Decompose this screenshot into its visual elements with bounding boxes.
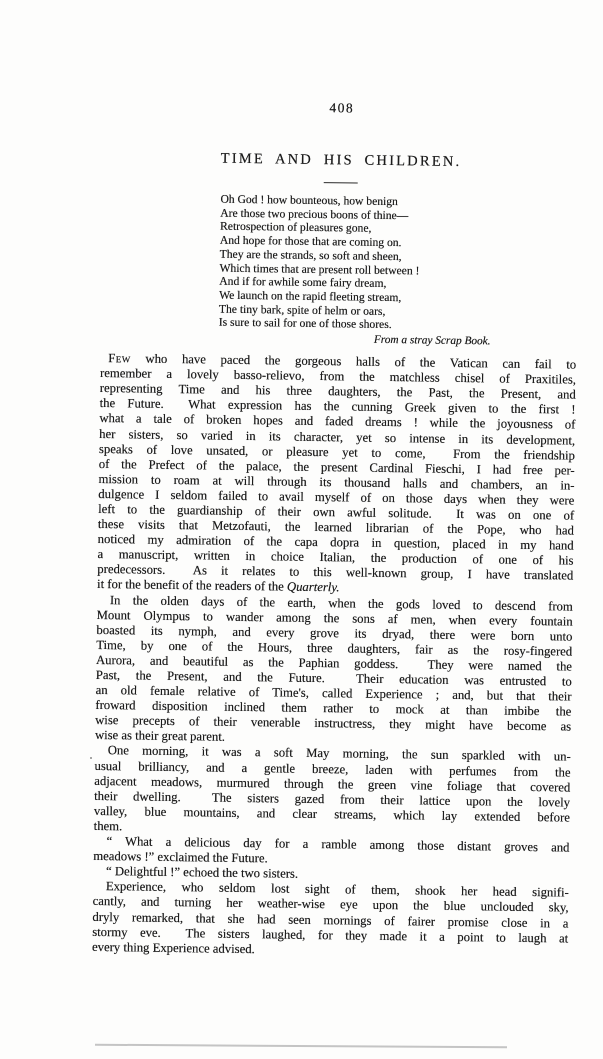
article-title: TIME AND HIS CHILDREN.	[103, 149, 579, 170]
poem-attribution: From a stray Scrap Book.	[100, 330, 490, 348]
smallcaps-lead: Few	[108, 351, 131, 365]
page-number: 408	[104, 98, 580, 118]
page-content: 408 TIME AND HIS CHILDREN. Oh God ! how …	[92, 90, 580, 961]
body-paragraph: One morning, it was a soft May morning, …	[94, 743, 571, 840]
body-paragraph: Experience, who seldom lost sight of the…	[92, 879, 569, 961]
book-page: 408 TIME AND HIS CHILDREN. Oh God ! how …	[0, 0, 603, 1059]
body-paragraph: In the olden days of the earth, when the…	[95, 592, 573, 750]
article-body: Few who have paced the gorgeous halls of…	[92, 351, 576, 961]
page-edge-artifact	[95, 1044, 507, 1048]
epigraph-poem: Oh God ! how bounteous, how benignAre th…	[219, 193, 579, 335]
title-divider	[324, 182, 358, 183]
scan-speck	[90, 757, 92, 759]
body-paragraph: Few who have paced the gorgeous halls of…	[97, 351, 576, 599]
